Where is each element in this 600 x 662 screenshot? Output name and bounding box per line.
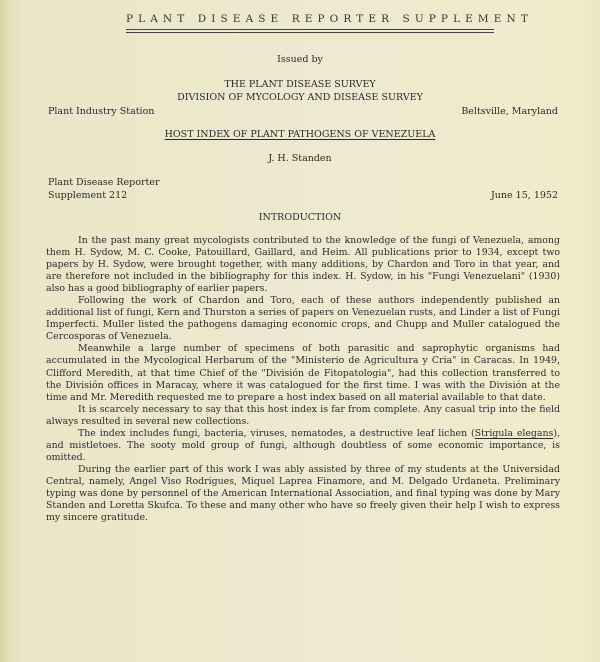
paragraph: In the past many great mycologists contr… — [46, 235, 560, 295]
publication-line-2: Supplement 212 — [48, 189, 127, 202]
section-heading: INTRODUCTION — [0, 212, 600, 224]
document-title: HOST INDEX OF PLANT PATHOGENS OF VENEZUE… — [165, 129, 436, 140]
text-span: The index includes fungi, bacteria, viru… — [78, 428, 475, 439]
publication-date: June 15, 1952 — [491, 189, 558, 202]
paragraph: It is scarcely necessary to say that thi… — [46, 404, 560, 428]
introduction-body: In the past many great mycologists contr… — [46, 235, 560, 524]
series-title: PLANT DISEASE REPORTER SUPPLEMENT — [126, 13, 494, 26]
organization-line-2: DIVISION OF MYCOLOGY AND DISEASE SURVEY — [0, 92, 600, 104]
double-rule-divider — [126, 29, 494, 33]
paragraph: Following the work of Chardon and Toro, … — [46, 295, 560, 343]
acknowledgment-paragraph: During the earlier part of this work I w… — [46, 464, 560, 524]
masthead: PLANT DISEASE REPORTER SUPPLEMENT — [126, 13, 494, 33]
issued-by: Issued by — [0, 54, 600, 66]
publication-line-1: Plant Disease Reporter — [48, 176, 159, 189]
species-name: Strigula elegans — [475, 428, 554, 439]
index-scope-paragraph: The index includes fungi, bacteria, viru… — [46, 428, 560, 464]
document-page: PLANT DISEASE REPORTER SUPPLEMENT Issued… — [0, 0, 600, 662]
author: J. H. Standen — [0, 153, 600, 165]
document-title-wrap: HOST INDEX OF PLANT PATHOGENS OF VENEZUE… — [0, 129, 600, 141]
location: Beltsville, Maryland — [461, 105, 558, 118]
organization-line-1: THE PLANT DISEASE SURVEY — [0, 79, 600, 91]
station: Plant Industry Station — [48, 105, 154, 118]
paragraph: Meanwhile a large number of specimens of… — [46, 343, 560, 403]
